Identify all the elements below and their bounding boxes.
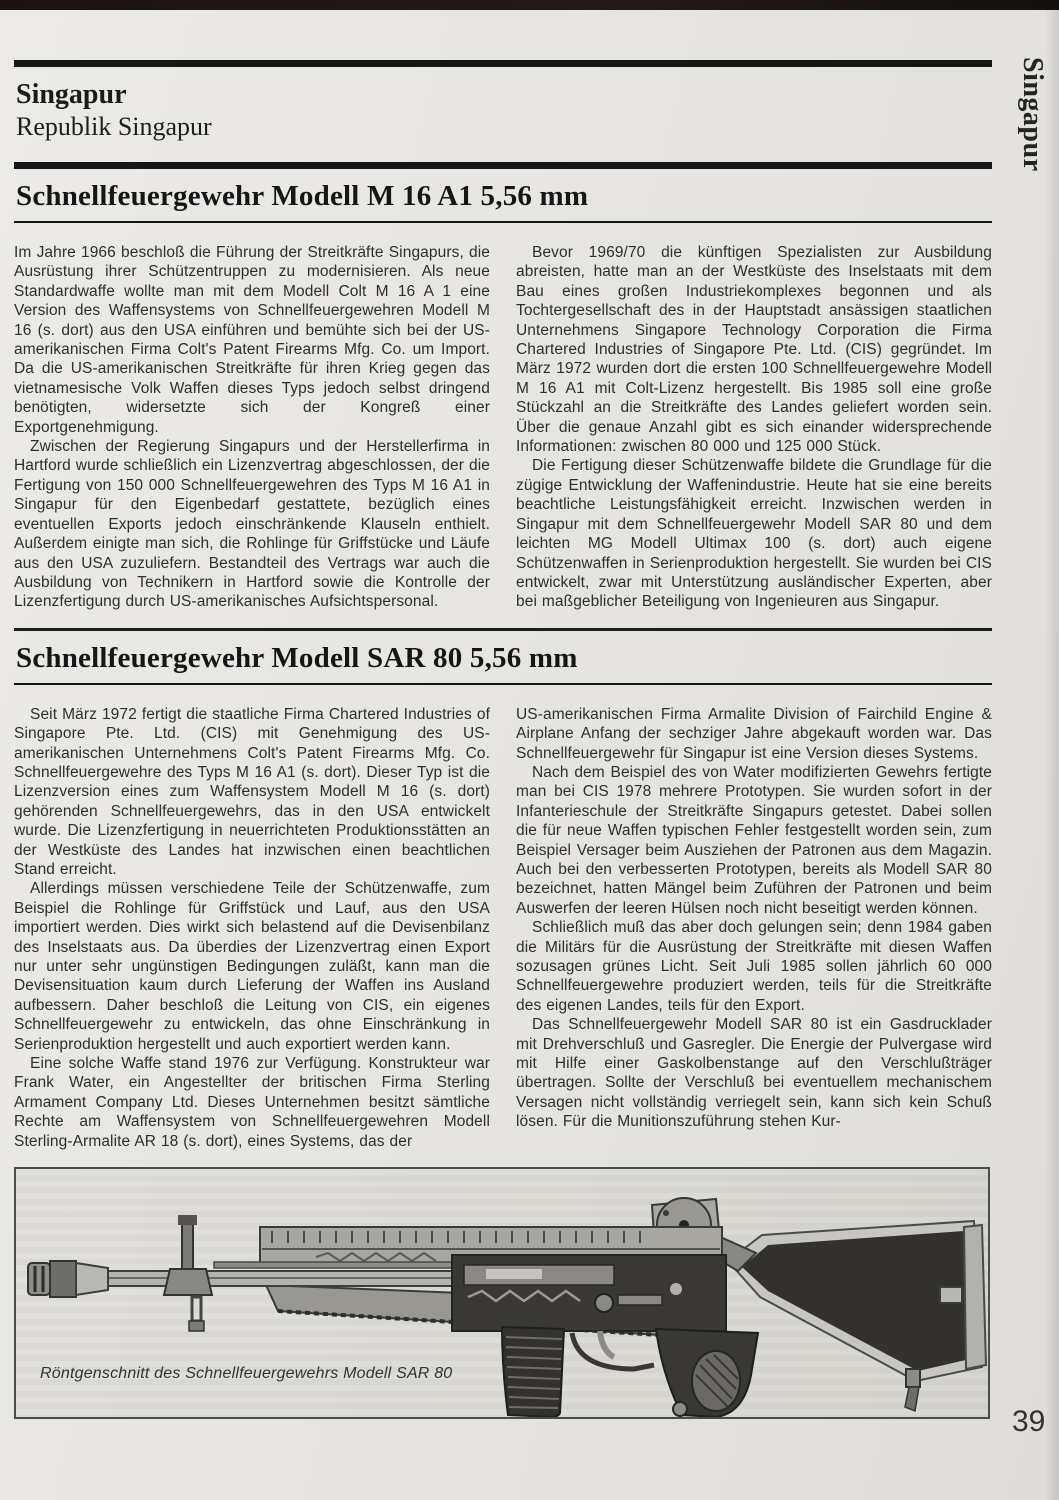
- header-rule-bottom: [14, 162, 992, 169]
- paragraph: Seit März 1972 fertigt die staatliche Fi…: [14, 705, 490, 880]
- paragraph: Schließlich muß das aber doch gelungen s…: [516, 918, 992, 1015]
- section2-left-column: Seit März 1972 fertigt die staatliche Fi…: [14, 705, 490, 1151]
- side-tab-singapur: Singapur: [1016, 57, 1048, 172]
- section2-columns: Seit März 1972 fertigt die staatliche Fi…: [14, 705, 992, 1151]
- region-subtitle: Republik Singapur: [16, 112, 992, 142]
- paragraph: Im Jahre 1966 beschloß die Führung der S…: [14, 243, 490, 437]
- section1-left-column: Im Jahre 1966 beschloß die Führung der S…: [14, 243, 490, 612]
- section1-heading: Schnellfeuergewehr Modell M 16 A1 5,56 m…: [16, 180, 992, 212]
- section2-top-rule: [14, 628, 992, 631]
- book-page: Singapur Singapur Republik Singapur Schn…: [0, 0, 1059, 1500]
- figure-box: Röntgenschnitt des Schnellfeuergewehrs M…: [14, 1167, 990, 1419]
- paragraph: Bevor 1969/70 die künftigen Spezialisten…: [516, 243, 992, 456]
- section2-right-column: US-amerikanischen Firma Armalite Divisio…: [516, 705, 992, 1151]
- paragraph: Eine solche Waffe stand 1976 zur Verfügu…: [14, 1054, 490, 1151]
- paragraph: US-amerikanischen Firma Armalite Divisio…: [516, 705, 992, 763]
- page-number: 39: [1012, 1405, 1045, 1439]
- paragraph: Zwischen der Regierung Singapurs und der…: [14, 437, 490, 612]
- section1-columns: Im Jahre 1966 beschloß die Führung der S…: [14, 243, 992, 612]
- region-title: Singapur: [16, 80, 992, 110]
- page-edge-shade: [1045, 0, 1059, 1500]
- section1-heading-rule: [14, 221, 992, 223]
- section2-heading: Schnellfeuergewehr Modell SAR 80 5,56 mm: [16, 642, 992, 674]
- paragraph: Das Schnellfeuergewehr Modell SAR 80 ist…: [516, 1015, 992, 1131]
- scan-top-edge: [0, 0, 1059, 10]
- paragraph: Nach dem Beispiel des von Water modifizi…: [516, 763, 992, 918]
- section1-right-column: Bevor 1969/70 die künftigen Spezialisten…: [516, 243, 992, 612]
- paragraph: Allerdings müssen verschiedene Teile der…: [14, 879, 490, 1054]
- page-content: Singapur Republik Singapur Schnellfeuerg…: [14, 10, 992, 1419]
- figure-caption: Röntgenschnitt des Schnellfeuergewehrs M…: [40, 1365, 452, 1383]
- paragraph: Die Fertigung dieser Schützenwaffe bilde…: [516, 456, 992, 611]
- header-rule-top: [14, 60, 992, 67]
- section2-heading-rule: [14, 683, 992, 685]
